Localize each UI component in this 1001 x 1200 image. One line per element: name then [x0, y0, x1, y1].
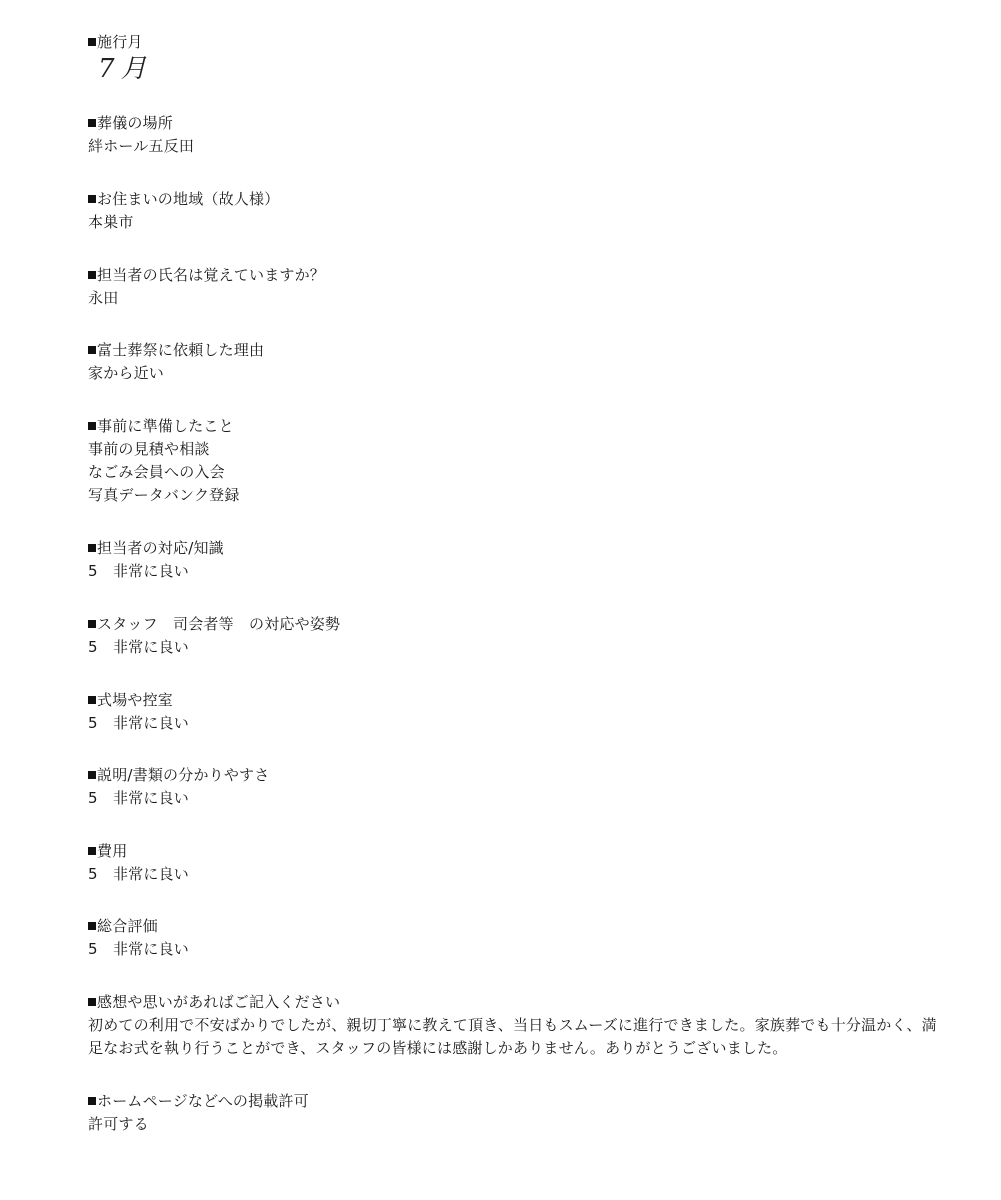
- answer-text: 5 非常に良い: [88, 712, 958, 735]
- question-label: 葬儀の場所: [88, 112, 958, 135]
- section-cost: 費用 5 非常に良い: [88, 840, 958, 886]
- question-text: 事前に準備したこと: [97, 417, 234, 435]
- section-staff-name: 担当者の氏名は覚えていますか？ 永田: [88, 264, 958, 310]
- question-label: 式場や控室: [88, 689, 958, 712]
- answer-text: 許可する: [88, 1113, 958, 1136]
- handwritten-answer: 7月: [88, 54, 958, 84]
- question-label: 感想や思いがあればご記入ください: [88, 991, 958, 1014]
- question-text: お住まいの地域（故人様）: [97, 190, 279, 208]
- section-preparation: 事前に準備したこと 事前の見積や相談 なごみ会員への入会 写真データバンク登録: [88, 415, 958, 507]
- question-label: スタッフ 司会者等 の対応や姿勢: [88, 613, 958, 636]
- answer-text: 本巣市: [88, 211, 958, 234]
- answer-text: 5 非常に良い: [88, 863, 958, 886]
- answer-text: 永田: [88, 287, 958, 310]
- question-label: 費用: [88, 840, 958, 863]
- question-text: 担当者の氏名は覚えていますか？: [97, 266, 325, 284]
- section-staff-attitude: スタッフ 司会者等 の対応や姿勢 5 非常に良い: [88, 613, 958, 659]
- question-text: 感想や思いがあればご記入ください: [97, 993, 340, 1011]
- question-label: 施行月: [88, 31, 958, 54]
- section-venue: 葬儀の場所 絆ホール五反田: [88, 112, 958, 158]
- bullet-square-icon: [88, 422, 96, 430]
- answer-text: 5 非常に良い: [88, 787, 958, 810]
- bullet-square-icon: [88, 771, 96, 779]
- bullet-square-icon: [88, 119, 96, 127]
- section-month: 施行月 7月: [88, 31, 958, 84]
- question-label: 総合評価: [88, 915, 958, 938]
- section-overall: 総合評価 5 非常に良い: [88, 915, 958, 961]
- comment-text: 初めての利用で不安ばかりでしたが、親切丁寧に教えて頂き、当日もスムーズに進行でき…: [88, 1014, 948, 1060]
- answer-text: 絆ホール五反田: [88, 135, 958, 158]
- question-text: スタッフ 司会者等 の対応や姿勢: [97, 615, 340, 633]
- bullet-square-icon: [88, 38, 96, 46]
- bullet-square-icon: [88, 922, 96, 930]
- answer-text: 家から近い: [88, 362, 958, 385]
- question-label: ホームページなどへの掲載許可: [88, 1090, 958, 1113]
- question-text: 葬儀の場所: [97, 114, 173, 132]
- bullet-square-icon: [88, 847, 96, 855]
- bullet-square-icon: [88, 544, 96, 552]
- question-text: 式場や控室: [97, 691, 173, 709]
- section-explanation: 説明/書類の分かりやすさ 5 非常に良い: [88, 764, 958, 810]
- question-label: お住まいの地域（故人様）: [88, 188, 958, 211]
- question-text: 施行月: [97, 33, 143, 51]
- bullet-square-icon: [88, 998, 96, 1006]
- bullet-square-icon: [88, 696, 96, 704]
- section-hall: 式場や控室 5 非常に良い: [88, 689, 958, 735]
- question-text: 総合評価: [97, 917, 158, 935]
- question-text: 富士葬祭に依頼した理由: [97, 341, 264, 359]
- section-residence: お住まいの地域（故人様） 本巣市: [88, 188, 958, 234]
- section-reason: 富士葬祭に依頼した理由 家から近い: [88, 339, 958, 385]
- question-label: 事前に準備したこと: [88, 415, 958, 438]
- question-text: 説明/書類の分かりやすさ: [97, 766, 269, 784]
- section-staff-knowledge: 担当者の対応/知識 5 非常に良い: [88, 537, 958, 583]
- question-label: 担当者の対応/知識: [88, 537, 958, 560]
- question-text: 費用: [97, 842, 127, 860]
- bullet-square-icon: [88, 346, 96, 354]
- answer-text: 事前の見積や相談: [88, 438, 958, 461]
- section-publish-permission: ホームページなどへの掲載許可 許可する: [88, 1090, 958, 1136]
- answer-text: 5 非常に良い: [88, 938, 958, 961]
- section-comments: 感想や思いがあればご記入ください 初めての利用で不安ばかりでしたが、親切丁寧に教…: [88, 991, 958, 1060]
- bullet-square-icon: [88, 195, 96, 203]
- bullet-square-icon: [88, 271, 96, 279]
- answer-text: 5 非常に良い: [88, 560, 958, 583]
- question-text: ホームページなどへの掲載許可: [97, 1092, 309, 1110]
- answer-text: なごみ会員への入会: [88, 461, 958, 484]
- bullet-square-icon: [88, 620, 96, 628]
- question-label: 担当者の氏名は覚えていますか？: [88, 264, 958, 287]
- answer-text: 写真データバンク登録: [88, 484, 958, 507]
- bullet-square-icon: [88, 1097, 96, 1105]
- question-text: 担当者の対応/知識: [97, 539, 224, 557]
- answer-text: 5 非常に良い: [88, 636, 958, 659]
- question-label: 富士葬祭に依頼した理由: [88, 339, 958, 362]
- question-label: 説明/書類の分かりやすさ: [88, 764, 958, 787]
